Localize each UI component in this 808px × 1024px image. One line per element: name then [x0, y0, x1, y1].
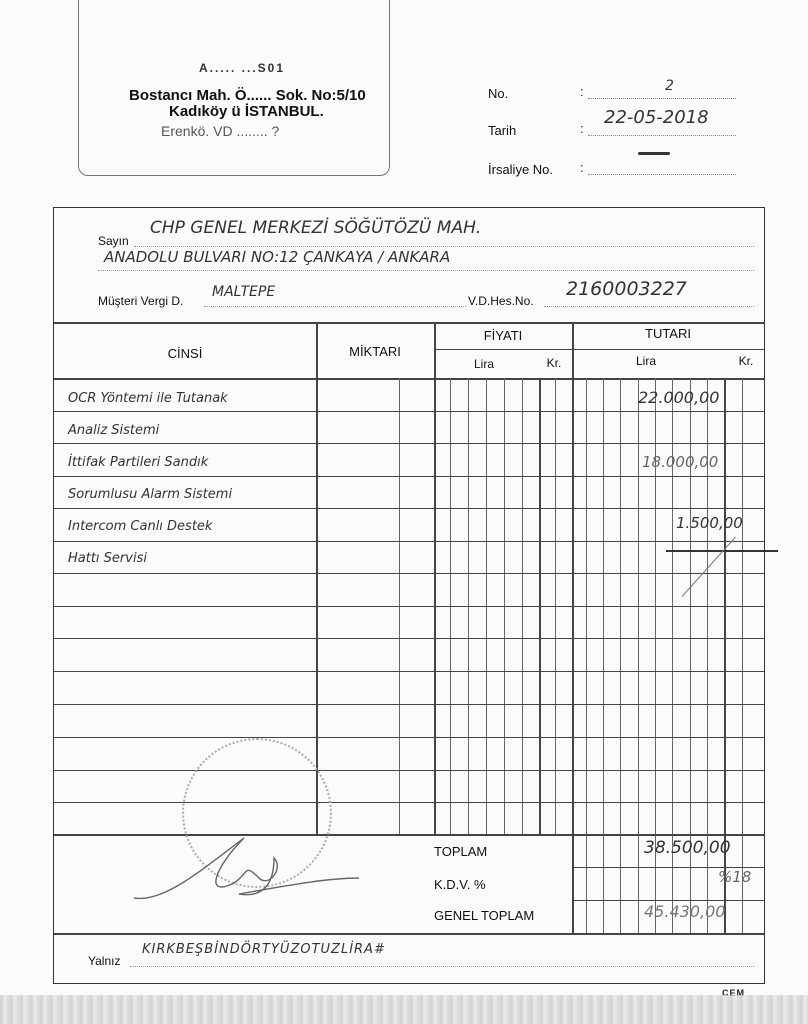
scan-edge-artifact [0, 995, 808, 1024]
column-header-tutari: TUTARI [572, 326, 764, 341]
seller-stamp-box: A..... ...S01 Bostancı Mah. Ö...... Sok.… [78, 0, 390, 176]
tax-no-field[interactable] [544, 306, 754, 307]
grid-col [620, 378, 621, 934]
date-value: 22-05-2018 [604, 107, 709, 128]
waybill-no-label: İrsaliye No. [488, 162, 553, 177]
grand-total-label: GENEL TOPLAM [434, 908, 534, 923]
grid-col [586, 378, 587, 934]
totals-row-line [572, 900, 764, 901]
invoice-no-label: No. [488, 86, 508, 101]
customer-name-value: CHP GENEL MERKEZİ SÖĞÜTÖZÜ MAH. [150, 218, 481, 238]
divider-miktari-fiyati [434, 322, 436, 834]
vat-value: %18 [718, 868, 751, 886]
item-row-4-description: Sorumlusu Alarm Sistemi [68, 487, 232, 502]
grand-total-value: 45.430,00 [644, 902, 725, 921]
invoice-no-value: 2 [665, 78, 674, 94]
date-colon: : [580, 121, 584, 136]
waybill-no-field[interactable] [588, 174, 736, 175]
row-line [54, 770, 764, 771]
date-label: Tarih [488, 123, 516, 138]
tax-office-field[interactable] [204, 306, 466, 307]
amount-in-words-label: Yalnız [88, 954, 120, 968]
tax-no-value: 2160003227 [566, 278, 687, 300]
vat-label: K.D.V. % [434, 877, 486, 892]
item-row-1-description: OCR Yöntemi ile Tutanak [68, 391, 228, 406]
item-row-5-amount: 1.500,00 [676, 514, 743, 532]
item-row-3-amount: 18.000,00 [642, 453, 718, 471]
customer-address-value: ANADOLU BULVARI NO:12 ÇANKAYA / ANKARA [104, 248, 450, 266]
seller-address-line: Bostancı Mah. Ö...... Sok. No:5/10 [129, 87, 366, 104]
row-line [54, 802, 764, 803]
divider-fiyati-tutari [572, 322, 574, 934]
subtotal-value: 38.500,00 [644, 838, 731, 858]
customer-address-field[interactable] [98, 270, 754, 271]
item-row-3-description: İttifak Partileri Sandık [68, 455, 208, 470]
item-row-2-description: Analiz Sistemi [68, 423, 159, 438]
tax-no-label: V.D.Hes.No. [468, 294, 534, 308]
grid-col [638, 378, 639, 934]
grid-col [742, 378, 743, 934]
header-top-border [54, 322, 764, 324]
subheader-divider [434, 349, 764, 350]
row-line [54, 671, 764, 672]
date-field[interactable] [588, 135, 736, 136]
item-row-5-description: Intercom Canlı Destek [68, 519, 212, 534]
subtotal-label: TOPLAM [434, 844, 487, 859]
totals-bottom-border [54, 933, 764, 935]
tax-office-label: Müşteri Vergi D. [98, 294, 183, 308]
waybill-no-colon: : [580, 160, 584, 175]
row-line [54, 443, 764, 444]
faded-stamp-number: ​ [92, 650, 107, 671]
customer-name-field[interactable] [134, 246, 754, 247]
seller-tax-office-line: Erenkö. VD ........ ? [161, 123, 279, 139]
amount-in-words-value: KIRKBEŞBİNDÖRTYÜZOTUZLİRA# [142, 942, 386, 957]
column-header-fiyati: FİYATI [434, 328, 572, 343]
invoice-no-colon: : [580, 84, 584, 99]
row-line [54, 476, 764, 477]
amount-in-words-field[interactable] [130, 966, 754, 967]
fiyati-kurus-header: Kr. [538, 356, 570, 370]
column-header-miktari: MİKTARI [316, 344, 434, 359]
tax-office-value: MALTEPE [212, 284, 275, 300]
sayin-label: Sayın [98, 234, 129, 248]
fiyati-lira-header: Lira [454, 357, 514, 371]
date-underline-mark [638, 152, 670, 155]
divider-cinsi-miktari [316, 322, 318, 834]
tutari-lira-header: Lira [616, 354, 676, 368]
header-bottom-border [54, 378, 764, 380]
row-line [54, 737, 764, 738]
row-line [54, 606, 764, 607]
item-row-6-description: Hattı Servisi [68, 551, 147, 566]
seller-stamp-line-0: A..... ...S01 [199, 61, 285, 75]
row-line [54, 573, 764, 574]
invoice-no-field[interactable] [588, 98, 736, 99]
row-line [54, 411, 764, 412]
row-line [54, 541, 764, 542]
row-line [54, 508, 764, 509]
grid-col [603, 378, 604, 934]
item-row-1-amount: 22.000,00 [638, 388, 719, 407]
signature [124, 828, 384, 908]
row-line [54, 638, 764, 639]
column-header-cinsi: CİNSİ [54, 346, 316, 361]
seller-city-line: Kadıköy ü İSTANBUL. [169, 103, 324, 120]
row-line [54, 704, 764, 705]
tutari-kurus-header: Kr. [730, 354, 762, 368]
invoice-form: Sayın CHP GENEL MERKEZİ SÖĞÜTÖZÜ MAH. AN… [53, 207, 765, 984]
